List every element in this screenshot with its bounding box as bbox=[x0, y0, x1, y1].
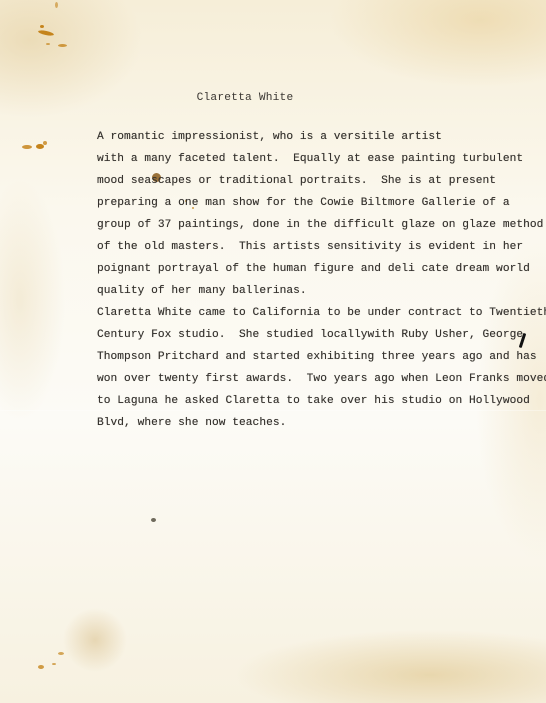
body-line: preparing a one man show for the Cowie B… bbox=[97, 192, 537, 214]
body-line: poignant portrayal of the human figure a… bbox=[97, 258, 537, 280]
body-line: mood seascapes or traditional portraits.… bbox=[97, 170, 537, 192]
stain-spot bbox=[43, 141, 47, 145]
body-line: Blvd, where she now teaches. bbox=[97, 412, 537, 434]
ink-dot bbox=[151, 518, 156, 522]
body-line: Thompson Pritchard and started exhibitin… bbox=[97, 346, 537, 368]
document-body: A romantic impressionist, who is a versi… bbox=[97, 126, 537, 434]
stain-spot bbox=[40, 25, 44, 28]
body-line: to Laguna he asked Claretta to take over… bbox=[97, 390, 537, 412]
body-line: Century Fox studio. She studied locallyw… bbox=[97, 324, 537, 346]
stain-spot bbox=[58, 44, 67, 47]
stain-spot bbox=[46, 43, 50, 45]
body-line: A romantic impressionist, who is a versi… bbox=[97, 126, 537, 148]
stain-spot bbox=[58, 652, 64, 655]
stain-spot bbox=[36, 144, 44, 149]
body-line: with a many faceted talent. Equally at e… bbox=[97, 148, 537, 170]
stain-spot bbox=[22, 145, 32, 149]
body-line: won over twenty first awards. Two years … bbox=[97, 368, 537, 390]
body-line: Claretta White came to California to be … bbox=[97, 302, 537, 324]
stain-spot bbox=[55, 2, 58, 8]
stain-spot bbox=[52, 663, 56, 665]
document-title: Claretta White bbox=[0, 92, 490, 104]
body-line: group of 37 paintings, done in the diffi… bbox=[97, 214, 537, 236]
body-line: quality of her many ballerinas. bbox=[97, 280, 537, 302]
body-line: of the old masters. This artists sensiti… bbox=[97, 236, 537, 258]
stain-spot bbox=[38, 665, 44, 669]
